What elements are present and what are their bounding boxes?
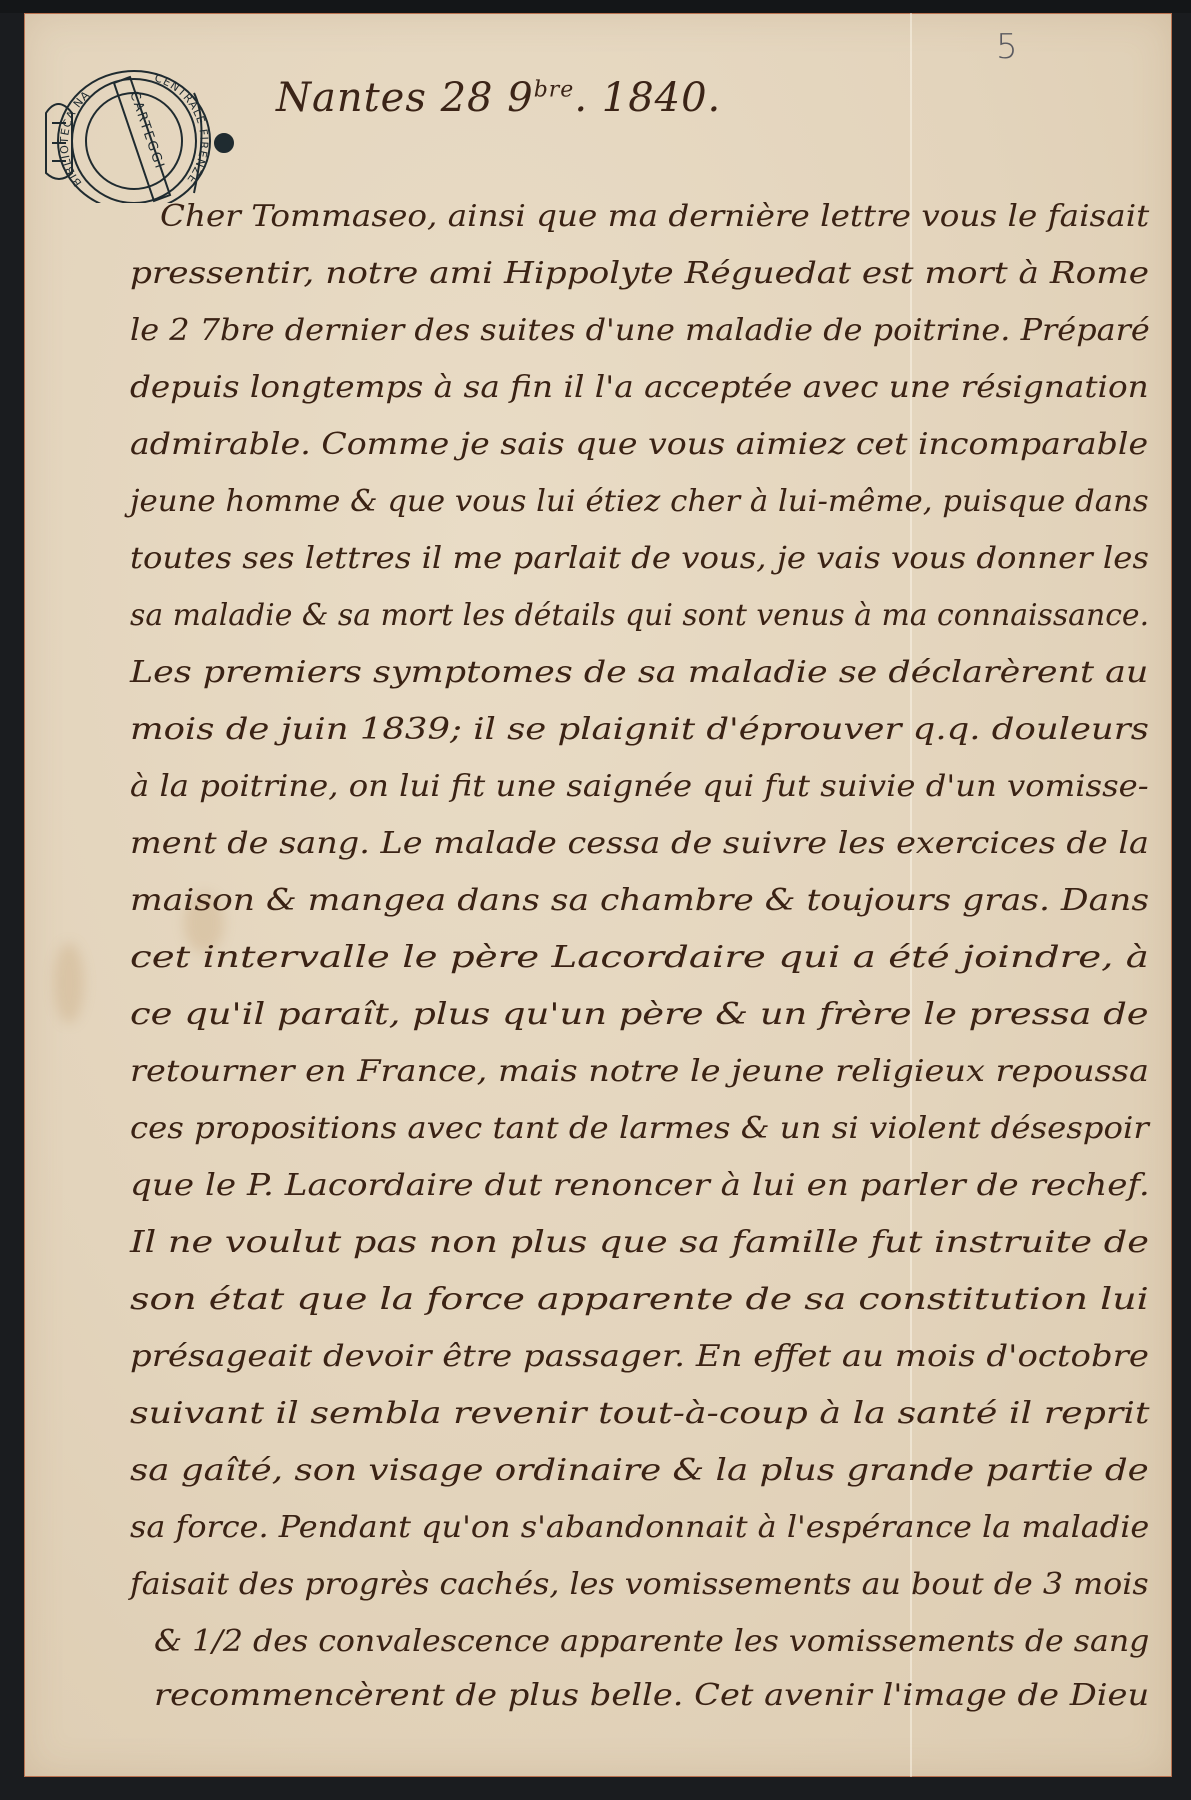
letter-line: ces propositions avec tant de larmes & u… <box>130 1111 1149 1146</box>
letter-line: pressentir, notre ami Hippolyte Réguedat… <box>130 256 1149 291</box>
letter-line: retourner en France, mais notre le jeune… <box>130 1054 1149 1089</box>
letter-line: Les premiers symptomes de sa maladie se … <box>130 655 1148 690</box>
letter-line: admirable. Comme je sais que vous aimiez… <box>130 427 1148 462</box>
letter-line: jeune homme & que vous lui étiez cher à … <box>130 484 1149 519</box>
letter-line: à la poitrine, on lui fit une saignée qu… <box>130 769 1149 804</box>
letter-line: cet intervalle le père Lacordaire qui a … <box>130 940 1149 975</box>
letter-line: mois de juin 1839; il se plaignit d'épro… <box>130 712 1149 747</box>
letter-line: sa force. Pendant qu'on s'abandonnait à … <box>130 1510 1149 1545</box>
letter-line: Il ne voulut pas non plus que sa famille… <box>130 1225 1149 1260</box>
letter-line: ment de sang. Le malade cessa de suivre … <box>130 826 1149 861</box>
letter-line: le 2 7bre dernier des suites d'une malad… <box>130 313 1150 348</box>
letter-line: toutes ses lettres il me parlait de vous… <box>130 541 1149 576</box>
letter-line: maison & mangea dans sa chambre & toujou… <box>130 883 1149 918</box>
letter-line: sa maladie & sa mort les détails qui son… <box>130 598 1149 633</box>
letter-line: sa gaîté, son visage ordinaire & la plus… <box>130 1453 1149 1488</box>
letter-line: recommencèrent de plus belle. Cet avenir… <box>154 1678 1149 1713</box>
letter-line: présageait devoir être passager. En effe… <box>130 1339 1149 1374</box>
letter-line: faisait des progrès cachés, les vomissem… <box>130 1567 1149 1602</box>
letter-line: que le P. Lacordaire dut renoncer à lui … <box>130 1168 1150 1203</box>
letter-line: Cher Tommaseo, ainsi que ma dernière let… <box>160 199 1149 234</box>
letter-line: suivant il sembla revenir tout-à-coup à … <box>130 1396 1150 1431</box>
letter-body: Cher Tommaseo, ainsi que ma dernière let… <box>24 13 1172 1777</box>
letter-line: ce qu'il paraît, plus qu'un père & un fr… <box>130 997 1149 1032</box>
scan-background-strip <box>0 0 1191 13</box>
letter-page: 5 BIBLIOTECA NAZIONALE <box>24 13 1172 1777</box>
letter-line: & 1/2 des convalescence apparente les vo… <box>154 1624 1149 1659</box>
letter-line: son état que la force apparente de sa co… <box>130 1282 1149 1317</box>
letter-line: depuis longtemps à sa fin il l'a accepté… <box>130 370 1149 405</box>
